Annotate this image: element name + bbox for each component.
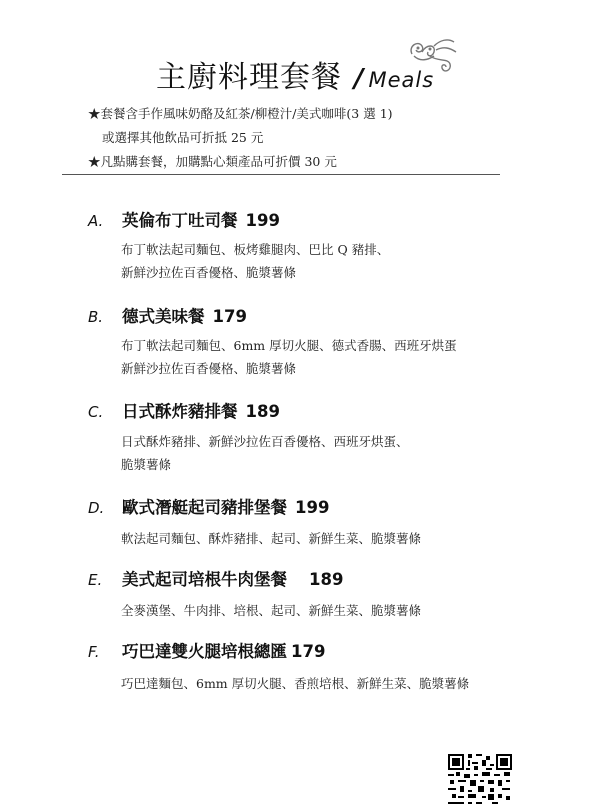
desc-line: 軟法起司麵包、酥炸豬排、起司、新鮮生菜、脆漿薯條	[121, 527, 421, 550]
title-slash: /	[354, 64, 365, 94]
item-letter: C.	[88, 403, 122, 421]
item-desc-b: 布丁軟法起司麵包、6mm 厚切火腿、德式香腸、西班牙烘蛋 新鮮沙拉佐百香優格、脆…	[121, 334, 457, 380]
item-price: 179	[291, 642, 325, 661]
note-drink-discount: 或選擇其他飲品可折抵 25 元	[102, 128, 263, 146]
item-name: 德式美味餐	[122, 307, 205, 326]
desc-line: 全麥漢堡、牛肉排、培根、起司、新鮮生菜、脆漿薯條	[121, 599, 421, 622]
desc-line: 巧巴達麵包、6mm 厚切火腿、香煎培根、新鮮生菜、脆漿薯條	[121, 672, 469, 695]
item-price: 189	[246, 402, 280, 421]
desc-line: 布丁軟法起司麵包、6mm 厚切火腿、德式香腸、西班牙烘蛋	[121, 334, 457, 357]
menu-item-d: D.歐式潛艇起司豬排堡餐199	[88, 494, 329, 518]
item-desc-d: 軟法起司麵包、酥炸豬排、起司、新鮮生菜、脆漿薯條	[121, 527, 421, 550]
item-name: 日式酥炸豬排餐	[122, 402, 238, 421]
divider	[62, 174, 500, 175]
page-title: 主廚料理套餐/Meals	[156, 52, 434, 96]
desc-line: 新鮮沙拉佐百香優格、脆漿薯條	[121, 261, 389, 284]
item-letter: B.	[88, 308, 122, 326]
desc-line: 日式酥炸豬排、新鮮沙拉佐百香優格、西班牙烘蛋、	[121, 430, 409, 453]
menu-item-b: B.德式美味餐179	[88, 303, 247, 327]
desc-line: 脆漿薯條	[121, 453, 409, 476]
item-price: 199	[246, 211, 280, 230]
menu-item-f: F.巧巴達雙火腿培根總匯179	[88, 638, 325, 662]
desc-line: 新鮮沙拉佐百香優格、脆漿薯條	[121, 357, 457, 380]
item-name: 巧巴達雙火腿培根總匯	[122, 642, 287, 661]
menu-item-e: E.美式起司培根牛肉堡餐189	[88, 566, 343, 590]
note-set-includes: ★套餐含手作風味奶酪及紅茶/柳橙汁/美式咖啡(3 選 1)	[88, 104, 393, 122]
qr-code-icon	[446, 752, 514, 804]
item-desc-a: 布丁軟法起司麵包、板烤雞腿肉、巴比 Q 豬排、 新鮮沙拉佐百香優格、脆漿薯條	[121, 238, 389, 284]
menu-item-c: C.日式酥炸豬排餐189	[88, 398, 280, 422]
item-name: 英倫布丁吐司餐	[122, 211, 238, 230]
item-price: 179	[213, 307, 247, 326]
item-price: 199	[295, 498, 329, 517]
menu-item-a: A.英倫布丁吐司餐199	[88, 207, 280, 231]
item-name: 歐式潛艇起司豬排堡餐	[122, 498, 287, 517]
item-letter: D.	[88, 499, 122, 517]
note-dessert-discount: ★凡點購套餐，加購點心類產品可折價 30 元	[88, 152, 337, 170]
item-price: 189	[309, 570, 343, 589]
item-desc-f: 巧巴達麵包、6mm 厚切火腿、香煎培根、新鮮生菜、脆漿薯條	[121, 672, 469, 695]
title-zh: 主廚料理套餐	[156, 60, 342, 95]
item-name: 美式起司培根牛肉堡餐	[122, 570, 287, 589]
item-letter: E.	[88, 571, 122, 589]
item-desc-e: 全麥漢堡、牛肉排、培根、起司、新鮮生菜、脆漿薯條	[121, 599, 421, 622]
item-desc-c: 日式酥炸豬排、新鮮沙拉佐百香優格、西班牙烘蛋、 脆漿薯條	[121, 430, 409, 476]
item-letter: F.	[88, 643, 122, 661]
swirl-ornament-icon	[404, 36, 460, 80]
item-letter: A.	[88, 212, 122, 230]
desc-line: 布丁軟法起司麵包、板烤雞腿肉、巴比 Q 豬排、	[121, 238, 389, 261]
